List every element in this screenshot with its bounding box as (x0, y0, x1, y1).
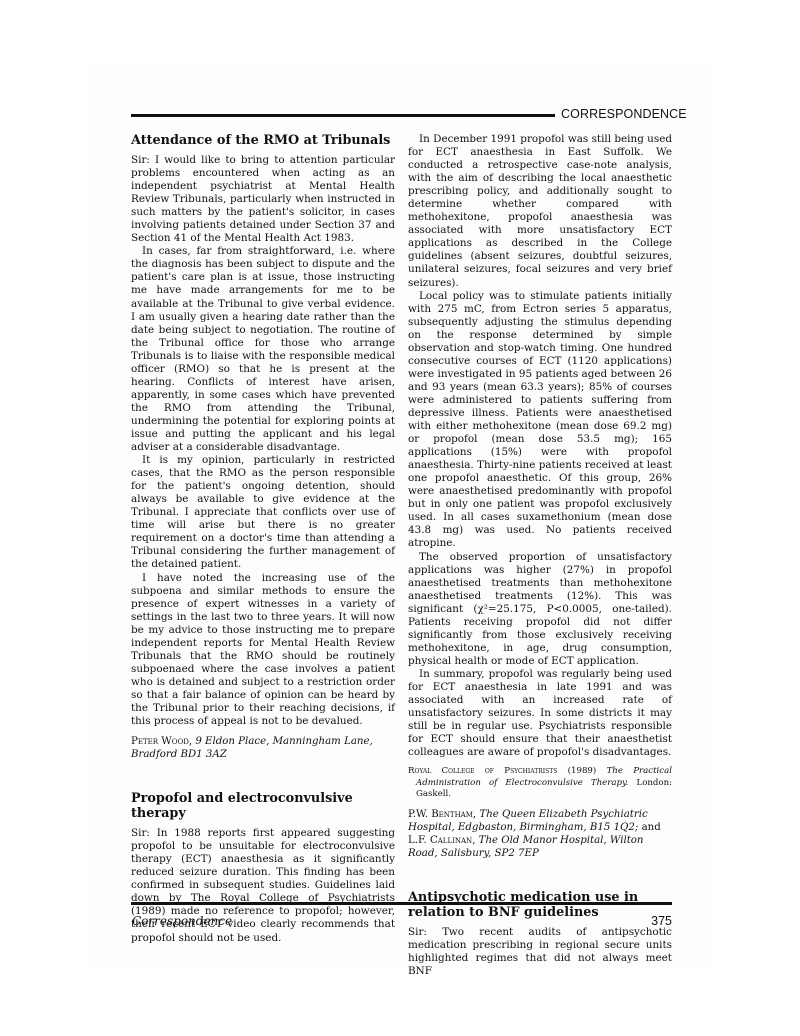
article-title: Attendance of the RMO at Tribunals (131, 133, 395, 148)
paragraph: It is my opinion, particularly in restri… (131, 454, 395, 571)
reference-authors: Royal College of Psychiatrists (408, 766, 557, 776)
article-title: Propofol and electroconvulsive therapy (131, 791, 395, 821)
reference-entry: Royal College of Psychiatrists (1989) Th… (408, 766, 672, 801)
right-column: In December 1991 propofol was still bein… (408, 133, 672, 978)
footer-section-name: Correspondence (132, 914, 232, 928)
paragraph: Sir: Two recent audits of antipsychotic … (408, 926, 672, 978)
left-column: Attendance of the RMO at Tribunals Sir: … (131, 133, 395, 945)
footer-rule (131, 902, 672, 905)
article-propofol-ect-continued: In December 1991 propofol was still bein… (408, 133, 672, 860)
author-joiner: and (642, 822, 661, 833)
header-rule (131, 114, 555, 117)
paragraph: The observed proportion of unsatisfactor… (408, 551, 672, 668)
paragraph: In summary, propofol was regularly being… (408, 668, 672, 759)
article-gap (131, 761, 395, 791)
article-gap (408, 860, 672, 890)
paragraph: I have noted the increasing use of the s… (131, 572, 395, 729)
paragraph: Sir: I would like to bring to attention … (131, 154, 395, 245)
running-head: CORRESPONDENCE (561, 107, 672, 121)
paragraph: In cases, far from straightforward, i.e.… (131, 245, 395, 454)
paragraph: Local policy was to stimulate patients i… (408, 290, 672, 551)
author-name: Peter Wood (131, 736, 189, 747)
author-name: P.W. Bentham (408, 809, 473, 820)
reference-year: (1989) (568, 766, 597, 776)
author-name: L.F. Callinan (408, 835, 472, 846)
article-rmo-tribunals: Attendance of the RMO at Tribunals Sir: … (131, 133, 395, 761)
paragraph: In December 1991 propofol was still bein… (408, 133, 672, 290)
author-signature: P.W. Bentham, The Queen Elizabeth Psychi… (408, 808, 672, 860)
page-number: 375 (620, 914, 672, 928)
author-signature: Peter Wood, 9 Eldon Place, Manningham La… (131, 735, 395, 761)
